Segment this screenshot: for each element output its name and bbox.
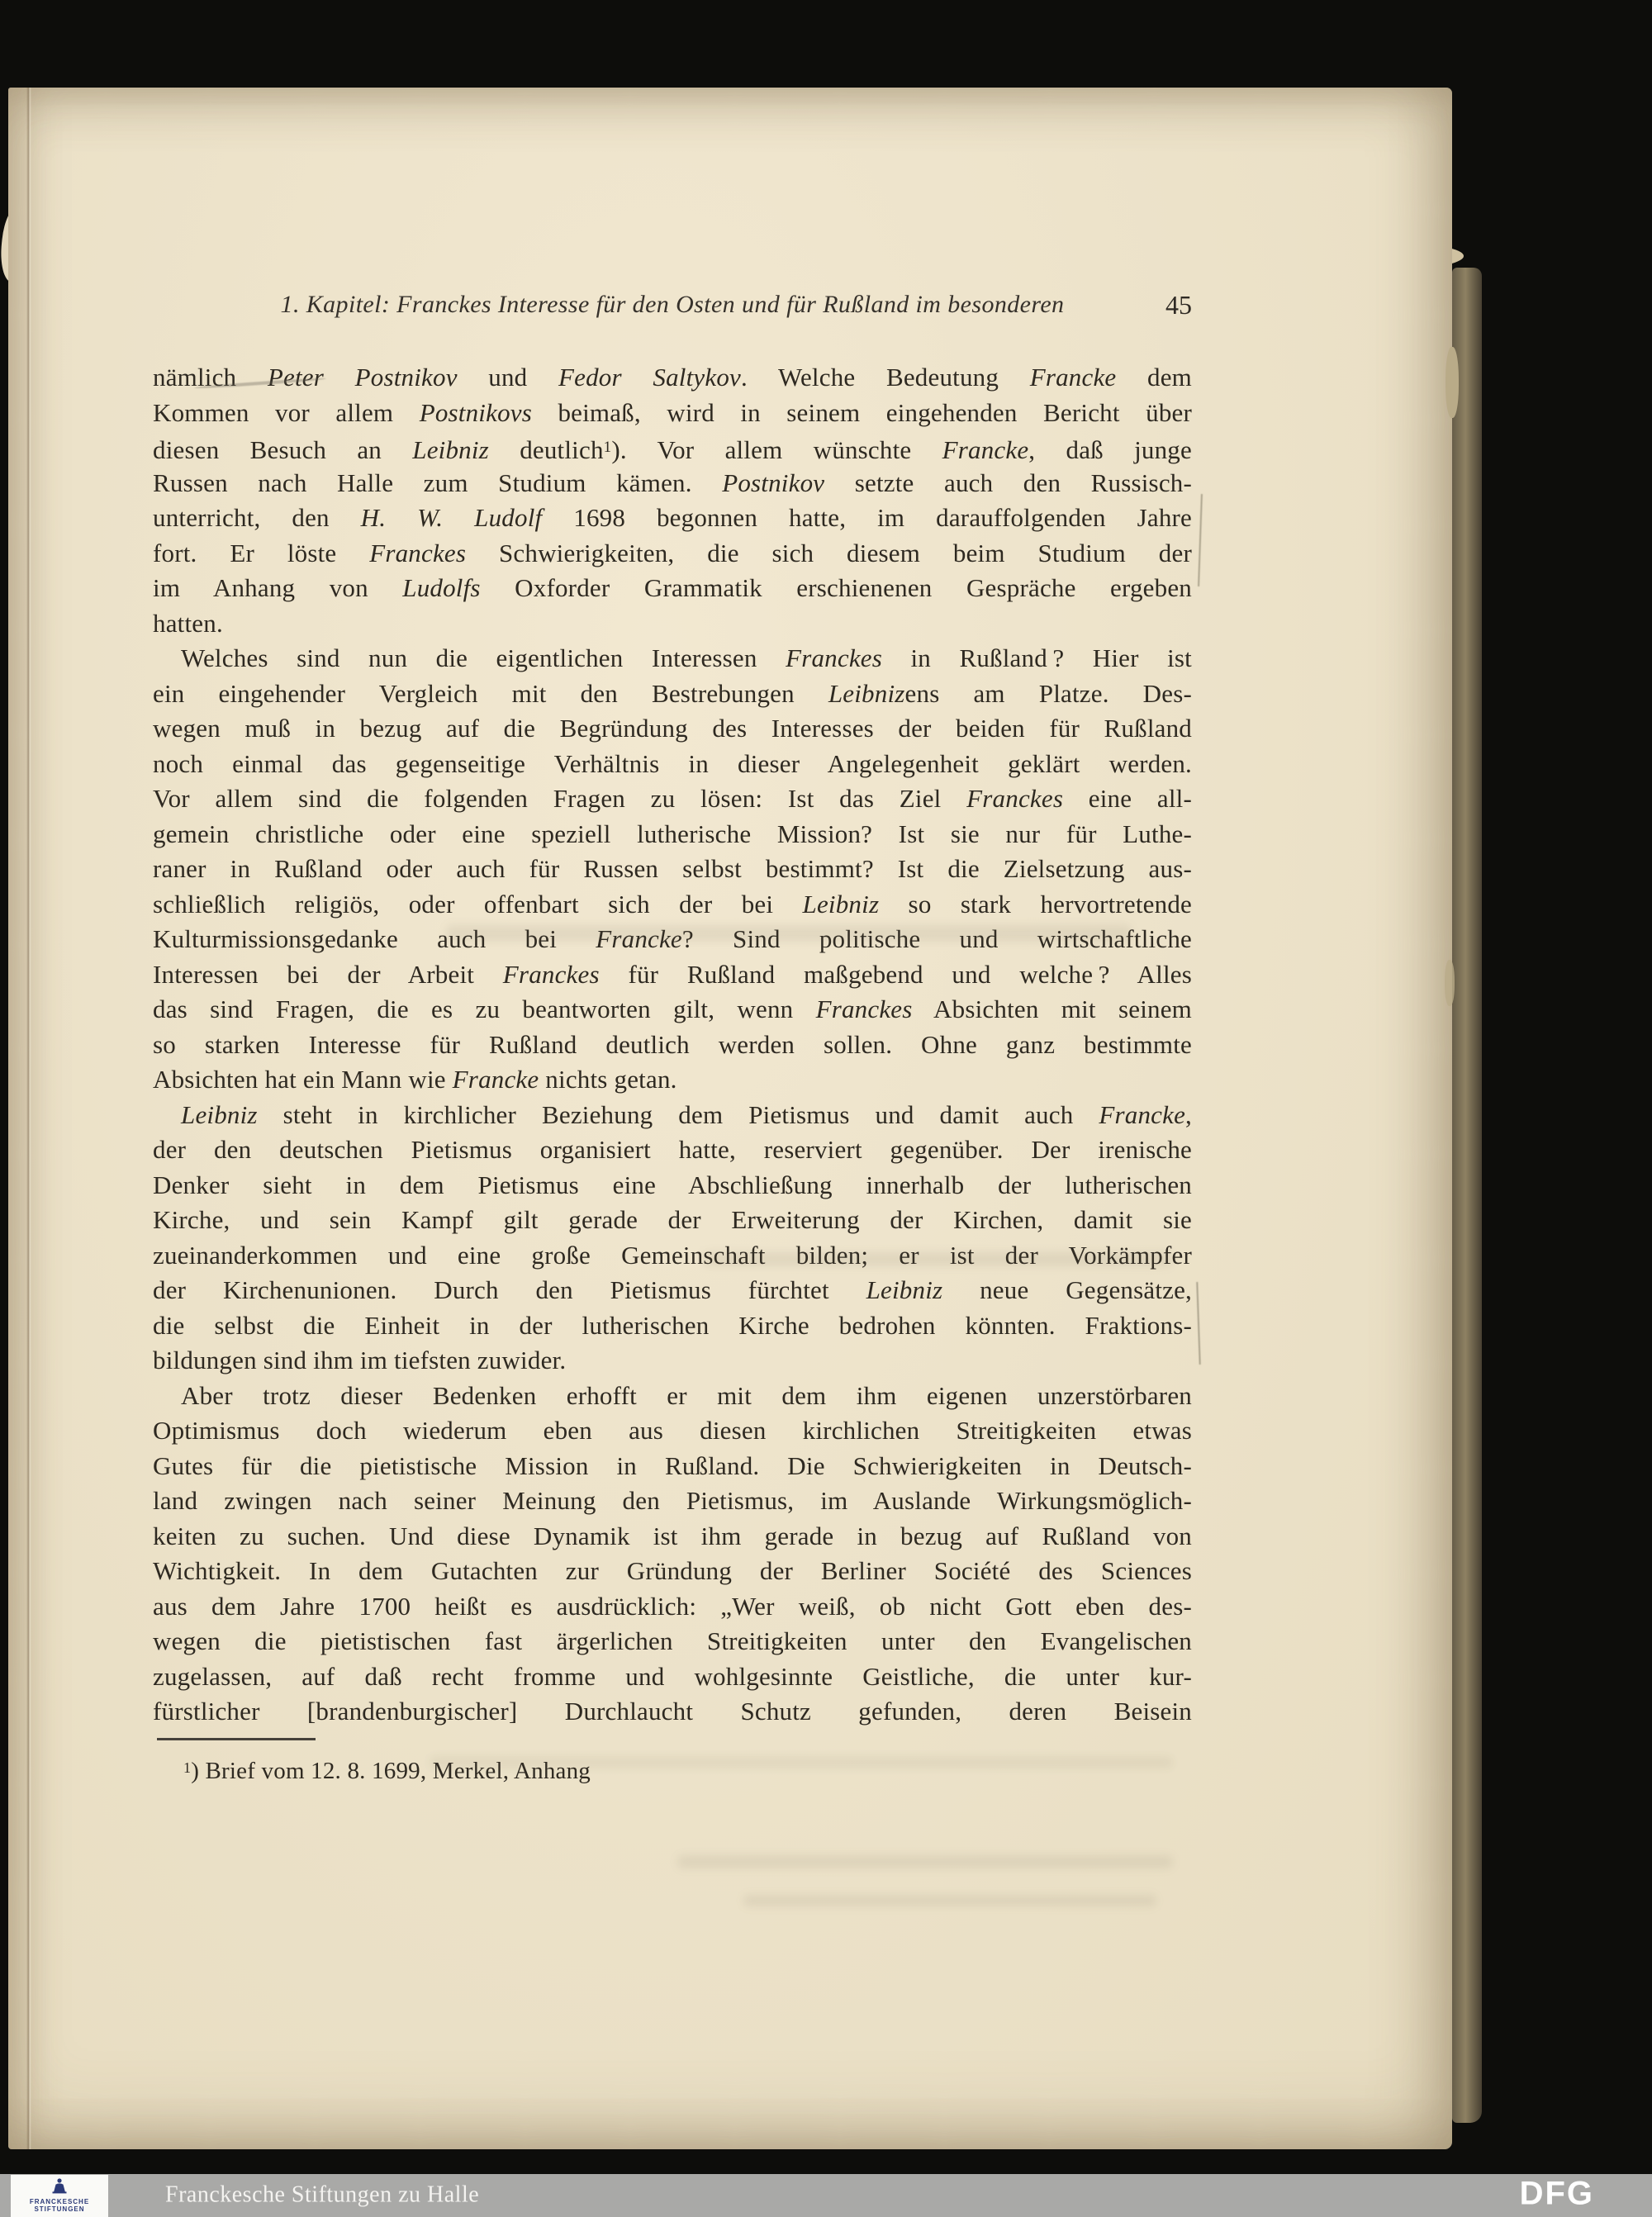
text-segment: raner in Rußland oder auch für Russen se…	[153, 854, 1192, 883]
footnote-marker: 1	[183, 1759, 191, 1776]
text-segment: Absichten hat ein Mann wie	[153, 1065, 453, 1094]
text-line: Optimismus doch wiederum eben aus diesen…	[153, 1413, 1192, 1449]
text-segment: wegen die pietistischen fast ärgerlichen…	[153, 1626, 1192, 1655]
scan-canvas: 1. Kapitel: Franckes Interesse für den O…	[0, 0, 1652, 2217]
text-segment: land zwingen nach seiner Meinung den Pie…	[153, 1486, 1192, 1515]
text-line: im Anhang von Ludolfs Oxforder Grammatik…	[153, 571, 1192, 606]
text-segment: beimaß, wird in seinem eingehenden Beric…	[532, 398, 1192, 427]
page-header: 1. Kapitel: Franckes Interesse für den O…	[153, 291, 1192, 327]
text-segment: eine all-	[1063, 784, 1192, 813]
text-line: keiten zu suchen. Und diese Dynamik ist …	[153, 1519, 1192, 1555]
text-segment: fürstlicher [brandenburgischer] Durchlau…	[153, 1697, 1192, 1726]
text-line: zugelassen, auf daß recht fromme und woh…	[153, 1659, 1192, 1695]
italic-name-text: Franckes	[966, 784, 1063, 813]
text-segment: in Rußland ? Hier ist	[882, 643, 1192, 672]
edge-repair-blob	[1445, 960, 1455, 1006]
text-segment: so stark hervortretende	[879, 890, 1192, 919]
text-segment: Russen nach Halle zum Studium kämen.	[153, 468, 722, 497]
text-line: fürstlicher [brandenburgischer] Durchlau…	[153, 1694, 1192, 1730]
text-line: gemein christliche oder eine speziell lu…	[153, 817, 1192, 852]
text-segment: aus dem Jahre 1700 heißt es ausdrücklich…	[153, 1592, 1192, 1621]
gutter-crease-line	[26, 88, 31, 2149]
text-segment: ein eingehender Vergleich mit den Bestre…	[153, 679, 828, 708]
text-segment: der Kirchenunionen. Durch den Pietismus …	[153, 1275, 866, 1304]
italic-name-text: Francke	[942, 435, 1029, 464]
text-line: Vor allem sind die folgenden Fragen zu l…	[153, 781, 1192, 817]
text-segment: Wichtigkeit. In dem Gutachten zur Gründu…	[153, 1556, 1192, 1585]
italic-name-text: Leibniz	[803, 890, 880, 919]
italic-name-text: Peter Postnikov	[268, 363, 458, 392]
text-segment: Absichten mit seinem	[913, 995, 1192, 1023]
library-watermark-bar: FRANCKESCHE STIFTUNGEN Franckesche Stift…	[0, 2174, 1652, 2217]
italic-name-text: Francke	[1099, 1100, 1185, 1129]
text-segment: ens am Platze. Des-	[905, 679, 1192, 708]
footnote-rule	[157, 1738, 316, 1740]
text-line: Denker sieht in dem Pietismus eine Absch…	[153, 1168, 1192, 1203]
footnote-marker: 1	[604, 439, 612, 456]
text-line: Wichtigkeit. In dem Gutachten zur Gründu…	[153, 1554, 1192, 1589]
text-segment: Denker sieht in dem Pietismus eine Absch…	[153, 1170, 1192, 1199]
text-segment: diesen Besuch an	[153, 435, 412, 464]
text-line: so starken Interesse für Rußland deutlic…	[153, 1028, 1192, 1063]
text-segment: steht in kirchlicher Beziehung dem Pieti…	[258, 1100, 1099, 1129]
text-segment: Oxforder Grammatik erschienenen Gespräch…	[481, 573, 1192, 602]
text-line: ein eingehender Vergleich mit den Bestre…	[153, 676, 1192, 712]
text-segment: Welches sind nun die eigentlichen Intere…	[181, 643, 786, 672]
text-line: land zwingen nach seiner Meinung den Pie…	[153, 1484, 1192, 1519]
text-line: bildungen sind ihm im tiefsten zuwider.	[153, 1343, 1192, 1379]
text-line: Aber trotz dieser Bedenken erhofft er mi…	[153, 1379, 1192, 1414]
text-segment: das sind Fragen, die es zu beantworten g…	[153, 995, 816, 1023]
text-segment: neue Gegensätze,	[942, 1275, 1192, 1304]
text-segment: 1698 begonnen hatte, im darauffolgenden …	[542, 503, 1192, 532]
text-line: noch einmal das gegenseitige Verhältnis …	[153, 747, 1192, 782]
italic-name-text: Postnikovs	[420, 398, 532, 427]
text-segment: und	[458, 363, 558, 392]
text-line: das sind Fragen, die es zu beantworten g…	[153, 992, 1192, 1028]
text-segment: bildungen sind ihm im tiefsten zuwider.	[153, 1346, 566, 1374]
text-line: der Kirchenunionen. Durch den Pietismus …	[153, 1273, 1192, 1308]
text-line: der den deutschen Pietismus organisiert …	[153, 1132, 1192, 1168]
ink-showthrough	[702, 1252, 1173, 1266]
library-logo: FRANCKESCHE STIFTUNGEN	[11, 2175, 108, 2217]
body-text: nämlich Peter Postnikov und Fedor Saltyk…	[153, 360, 1192, 1730]
italic-name-text: Franckes	[816, 995, 913, 1023]
text-line: raner in Rußland oder auch für Russen se…	[153, 852, 1192, 887]
text-line: wegen muß in bezug auf die Begründung de…	[153, 711, 1192, 747]
italic-name-text: Franckes	[503, 960, 600, 989]
text-segment: ,	[1185, 1100, 1192, 1129]
edge-repair-blob	[1445, 347, 1459, 418]
italic-name-text: Postnikov	[722, 468, 824, 497]
text-line: Leibniz steht in kirchlicher Beziehung d…	[153, 1098, 1192, 1133]
text-segment: keiten zu suchen. Und diese Dynamik ist …	[153, 1522, 1192, 1550]
text-segment: . Welche Bedeutung	[741, 363, 1030, 392]
text-segment: Kirche, und sein Kampf gilt gerade der E…	[153, 1205, 1192, 1234]
text-segment: gemein christliche oder eine speziell lu…	[153, 819, 1192, 848]
library-logo-text-line1: FRANCKESCHE	[30, 2198, 89, 2205]
text-segment: dem	[1116, 363, 1192, 392]
text-segment: zugelassen, auf daß recht fromme und woh…	[153, 1662, 1192, 1691]
francke-statue-icon	[50, 2177, 69, 2198]
text-segment: ). Vor allem wünschte	[611, 435, 942, 464]
italic-name-text: Franckes	[786, 643, 882, 672]
ink-showthrough	[743, 1895, 1156, 1906]
text-segment: deutlich	[489, 435, 604, 464]
italic-name-text: Francke	[453, 1065, 539, 1094]
italic-name-text: Francke	[1030, 363, 1117, 392]
text-segment: noch einmal das gegenseitige Verhältnis …	[153, 749, 1192, 778]
text-line: Kirche, und sein Kampf gilt gerade der E…	[153, 1203, 1192, 1238]
chapter-running-title: 1. Kapitel: Franckes Interesse für den O…	[153, 291, 1192, 319]
text-line: aus dem Jahre 1700 heißt es ausdrücklich…	[153, 1589, 1192, 1625]
text-segment: nichts getan.	[539, 1065, 676, 1094]
text-line: schließlich religiös, oder offenbart sic…	[153, 887, 1192, 923]
italic-name-text: Leibniz	[181, 1100, 258, 1129]
text-segment: so starken Interesse für Rußland deutlic…	[153, 1030, 1192, 1059]
text-segment: fort. Er löste	[153, 539, 369, 567]
text-line: Interessen bei der Arbeit Franckes für R…	[153, 957, 1192, 993]
text-line: Absichten hat ein Mann wie Francke nicht…	[153, 1062, 1192, 1098]
text-line: nämlich Peter Postnikov und Fedor Saltyk…	[153, 360, 1192, 396]
dfg-logo: DFG	[1520, 2176, 1594, 2213]
italic-name-text: H. W. Ludolf	[361, 503, 543, 532]
book-page: 1. Kapitel: Franckes Interesse für den O…	[8, 88, 1452, 2149]
text-segment: schließlich religiös, oder offenbart sic…	[153, 890, 803, 919]
text-segment: Aber trotz dieser Bedenken erhofft er mi…	[181, 1381, 1192, 1410]
text-segment: Optimismus doch wiederum eben aus diesen…	[153, 1416, 1192, 1445]
text-segment: Gutes für die pietistische Mission in Ru…	[153, 1451, 1192, 1480]
text-segment: Vor allem sind die folgenden Fragen zu l…	[153, 784, 966, 813]
italic-name-text: Fedor Saltykov	[558, 363, 741, 392]
text-line: die selbst die Einheit in der lutherisch…	[153, 1308, 1192, 1344]
library-name-label: Franckesche Stiftungen zu Halle	[165, 2181, 479, 2208]
text-line: diesen Besuch an Leibniz deutlich1). Vor…	[153, 430, 1192, 466]
text-segment: hatten.	[153, 609, 223, 638]
text-line: unterricht, den H. W. Ludolf 1698 begonn…	[153, 501, 1192, 536]
text-segment: Interessen bei der Arbeit	[153, 960, 503, 989]
text-segment: im Anhang von	[153, 573, 402, 602]
text-line: fort. Er löste Franckes Schwierigkeiten,…	[153, 536, 1192, 572]
italic-name-text: Ludolfs	[402, 573, 480, 602]
text-line: hatten.	[153, 606, 1192, 642]
text-segment: wegen muß in bezug auf die Begründung de…	[153, 714, 1192, 743]
text-segment: die selbst die Einheit in der lutherisch…	[153, 1311, 1192, 1340]
text-segment: setzte auch den Russisch-	[824, 468, 1192, 497]
text-segment: der den deutschen Pietismus organisiert …	[153, 1135, 1192, 1164]
ink-showthrough	[446, 925, 1132, 942]
text-line: Kommen vor allem Postnikovs beimaß, wird…	[153, 396, 1192, 431]
text-line: Gutes für die pietistische Mission in Ru…	[153, 1449, 1192, 1484]
text-segment: Kommen vor allem	[153, 398, 420, 427]
book-fore-edge	[1452, 268, 1482, 2123]
italic-name-text: Leibniz	[866, 1275, 943, 1304]
italic-name-text: Leibniz	[412, 435, 489, 464]
text-segment: für Rußland maßgebend und welche ? Alles	[600, 960, 1192, 989]
text-segment: , daß junge	[1028, 435, 1192, 464]
text-line: Welches sind nun die eigentlichen Intere…	[153, 641, 1192, 676]
text-line: Russen nach Halle zum Studium kämen. Pos…	[153, 466, 1192, 501]
library-logo-text-line2: STIFTUNGEN	[34, 2205, 84, 2213]
page-number: 45	[1165, 290, 1192, 320]
italic-name-text: Leibniz	[828, 679, 905, 708]
ink-showthrough	[430, 1756, 1173, 1768]
text-segment: Schwierigkeiten, die sich diesem beim St…	[466, 539, 1192, 567]
italic-name-text: Franckes	[369, 539, 466, 567]
ink-showthrough	[677, 1855, 1173, 1868]
text-segment: unterricht, den	[153, 503, 361, 532]
text-line: wegen die pietistischen fast ärgerlichen…	[153, 1624, 1192, 1659]
